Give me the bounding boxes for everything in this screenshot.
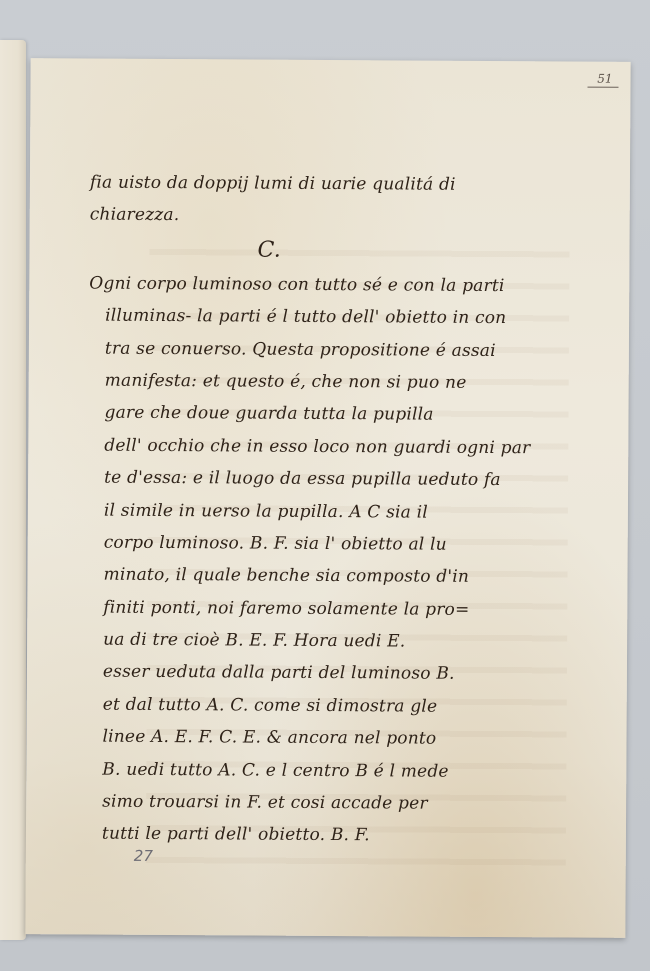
manuscript-text: fia uisto da doppij lumi di uarie qualit… xyxy=(86,167,560,854)
text-line: tutti le parti dell' obietto. B. F. xyxy=(86,818,556,853)
text-line: linee A. E. F. C. E. & ancora nel ponto xyxy=(86,721,556,756)
text-line: et dal tutto A. C. come si dimostra gle xyxy=(87,688,557,723)
text-line: corpo luminoso. B. F. sia l' obietto al … xyxy=(88,526,558,561)
text-line: te d'essa: e il luogo da essa pupilla ue… xyxy=(88,462,558,497)
text-line: fia uisto da doppij lumi di uarie qualit… xyxy=(90,167,560,202)
text-line: simo trouarsi in F. et cosi accade per xyxy=(86,786,556,821)
text-line: esser ueduta dalla parti del luminoso B. xyxy=(87,656,557,691)
text-line: tra se conuerso. Questa propositione é a… xyxy=(89,332,559,367)
text-line: dell' occhio che in esso loco non guardi… xyxy=(88,429,558,464)
text-line: illuminas- la parti é l tutto dell' obie… xyxy=(89,300,559,335)
text-line: manifesta: et questo é, che non si puo n… xyxy=(89,364,559,399)
folio-number: 51 xyxy=(587,72,618,88)
pencil-number: 27 xyxy=(134,847,153,865)
text-line: ua di tre cioè B. E. F. Hora uedi E. xyxy=(87,624,557,659)
section-mark: C. xyxy=(89,231,559,270)
text-line: il simile in uerso la pupilla. A C sia i… xyxy=(88,494,558,529)
text-line: gare che doue guarda tutta la pupilla xyxy=(88,397,558,432)
text-line: minato, il quale benche sia composto d'i… xyxy=(87,559,557,594)
manuscript-page: 51 fia uisto da doppij lumi di uarie qua… xyxy=(25,58,630,938)
text-line: B. uedi tutto A. C. e l centro B é l med… xyxy=(86,753,556,788)
text-line: Ogni corpo luminoso con tutto sé e con l… xyxy=(89,267,559,302)
previous-leaf-edge xyxy=(0,40,26,940)
text-line: finiti ponti, noi faremo solamente la pr… xyxy=(87,591,557,626)
text-line: chiarezza. xyxy=(90,199,560,234)
